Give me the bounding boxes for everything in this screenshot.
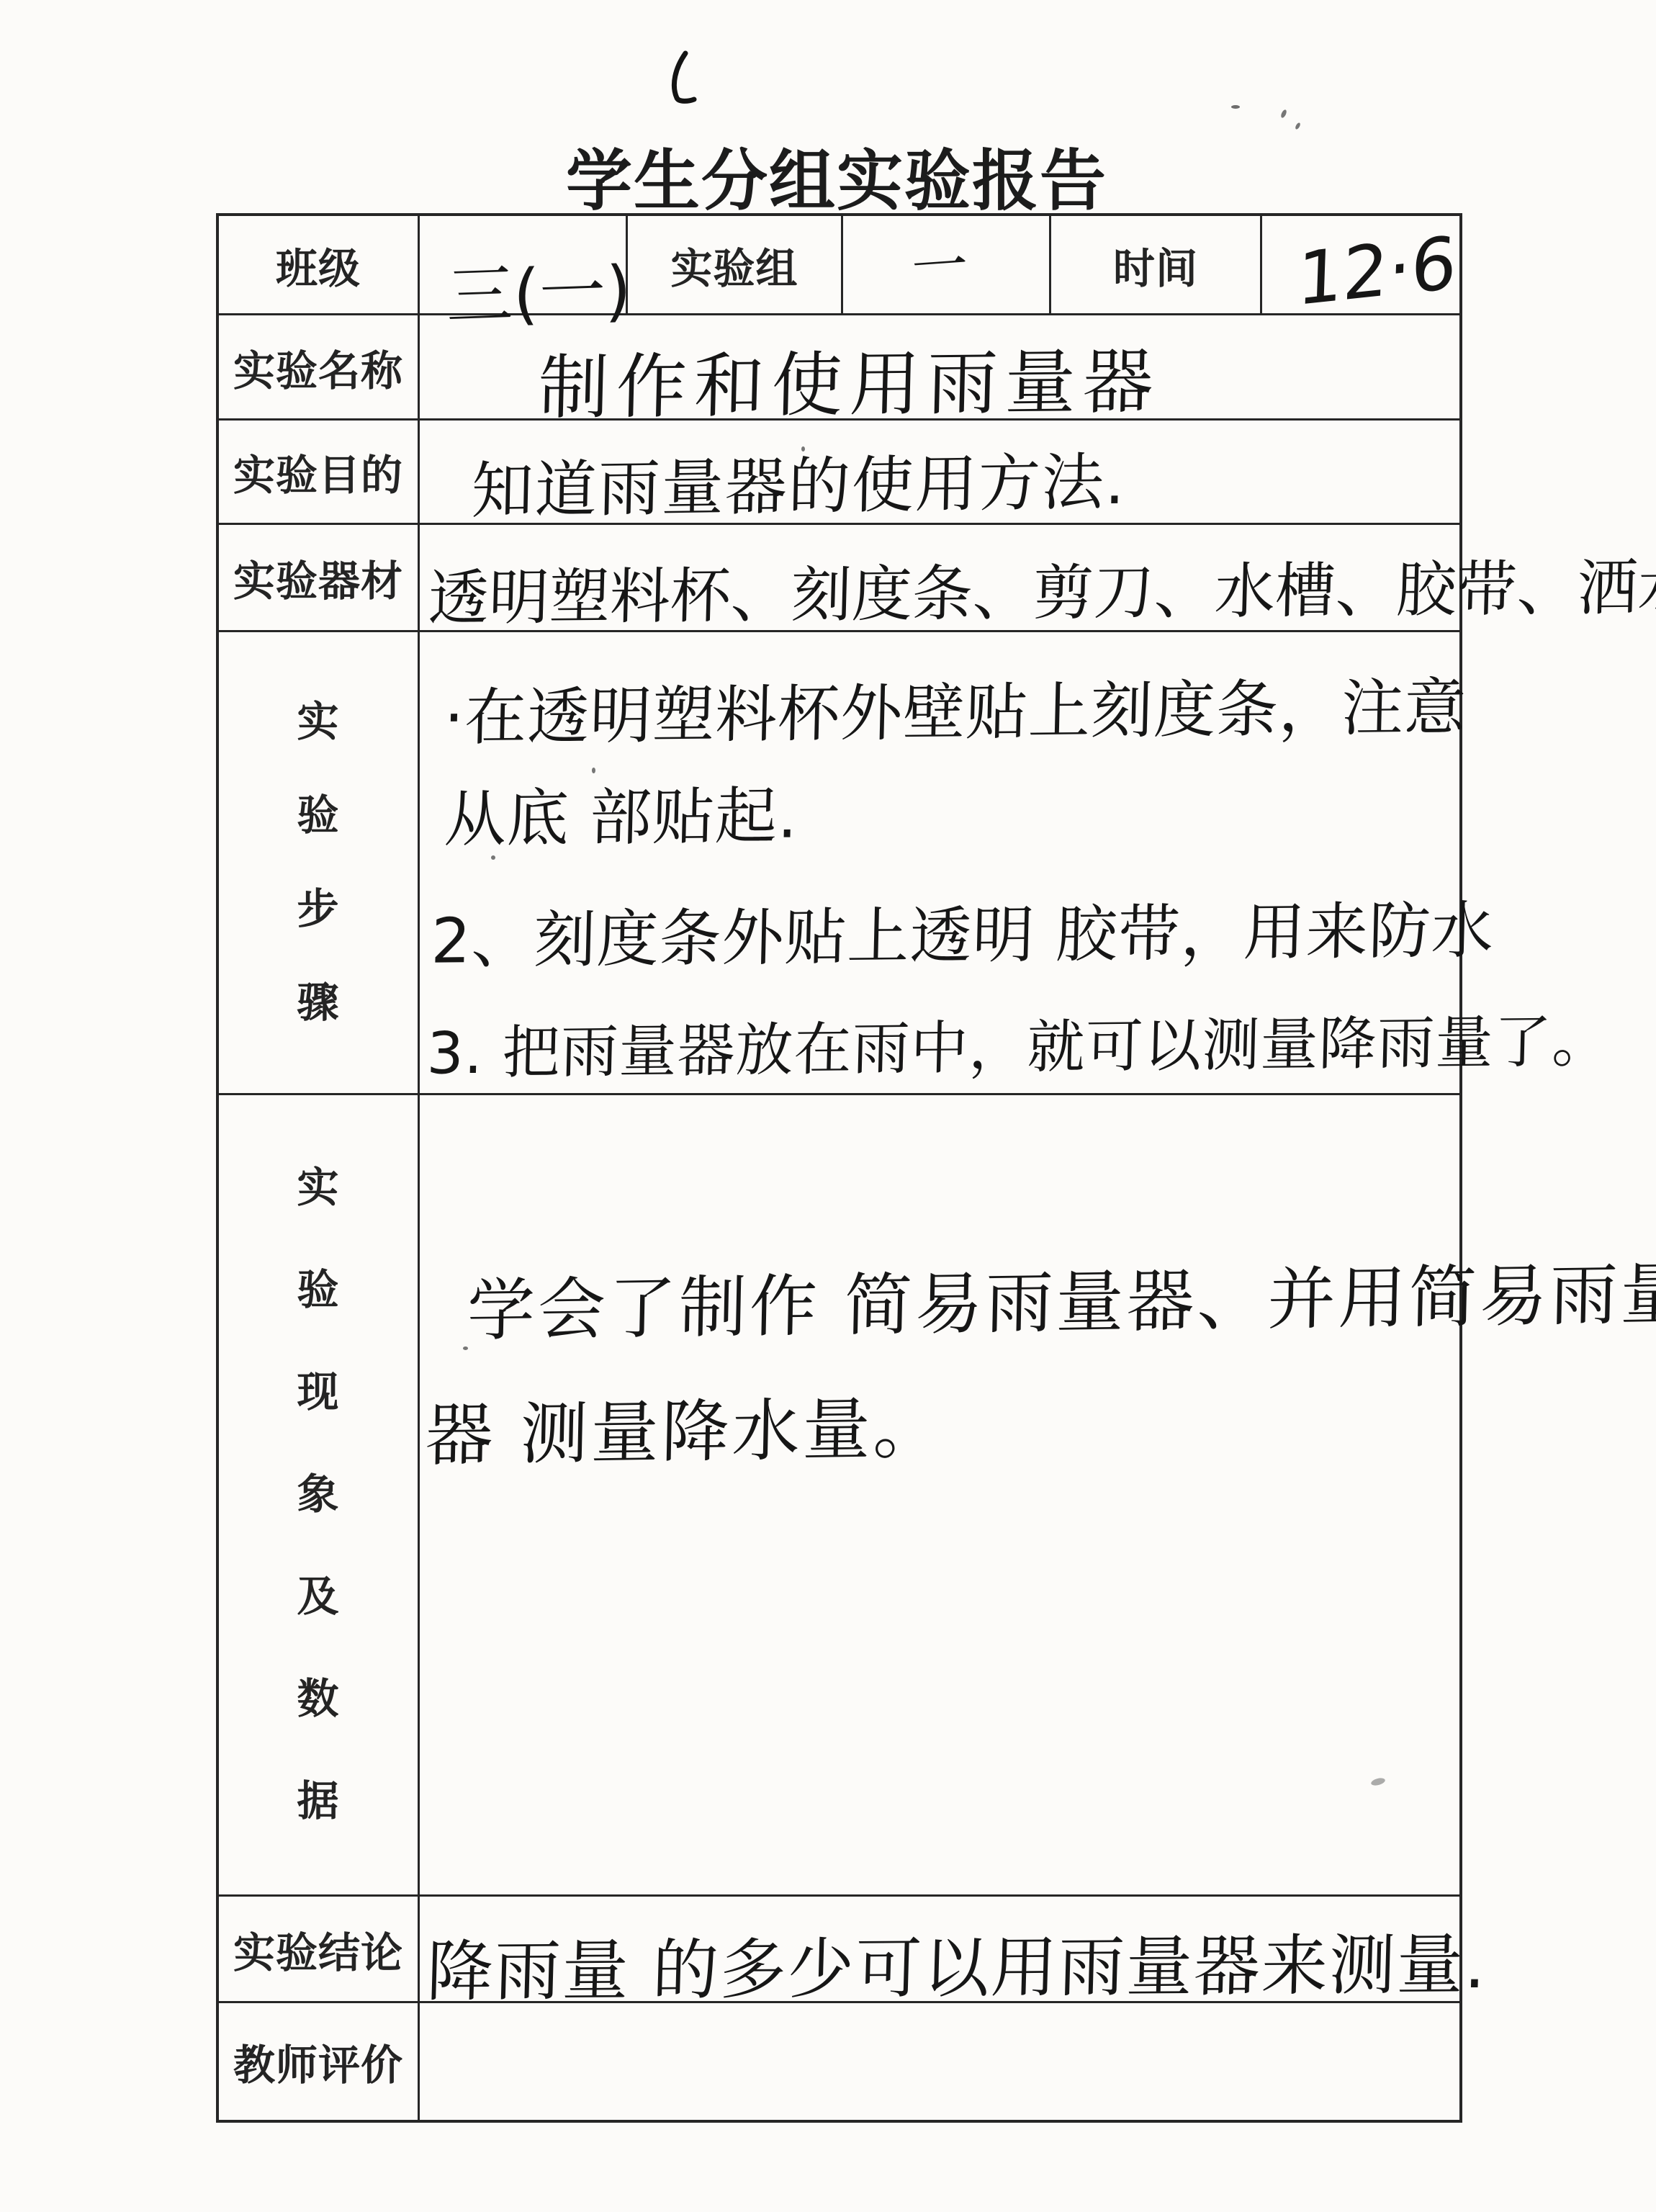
pen-mark: [657, 50, 700, 108]
scanned-report-page: 学生分组实验报告 班级 三(一) 实验组 一 时间 12·6 实验名称 制作和使…: [0, 0, 1656, 2212]
scan-speck: [1231, 105, 1240, 109]
experiment-conclusion-cell: 降雨量 的多少可以用雨量器来测量.: [420, 1897, 1459, 2001]
scan-speck: [1280, 109, 1288, 118]
step-line-2: 从底 部贴起.: [443, 765, 799, 858]
header-row: 班级 三(一) 实验组 一 时间 12·6: [219, 216, 1459, 315]
experiment-name-label: 实验名称: [219, 315, 420, 418]
step-line-4: 3. 把雨量器放在雨中，就可以测量降雨量了。: [426, 994, 1611, 1089]
experiment-observation-label: 实 验 现 象 及 数 据: [219, 1095, 420, 1894]
experiment-purpose-cell: 知道雨量器的使用方法.: [420, 421, 1459, 523]
teacher-evaluation-label: 教师评价: [219, 2003, 420, 2120]
class-label: 班级: [219, 216, 420, 313]
group-value-cell: 一: [843, 216, 1051, 313]
experiment-name-row: 实验名称 制作和使用雨量器: [219, 315, 1459, 421]
page-title: 学生分组实验报告: [9, 128, 1656, 223]
experiment-steps-label: 实 验 步 骤: [219, 632, 420, 1093]
experiment-materials-row: 实验器材 透明塑料杯、刻度条、剪刀、水槽、胶带、洒水壶、水.: [219, 525, 1459, 632]
experiment-steps-cell: ·在透明塑料杯外壁贴上刻度条，注意 从底 部贴起. 2、刻度条外贴上透明 胶带，…: [420, 632, 1459, 1093]
teacher-evaluation-cell: [420, 2003, 1459, 2120]
time-label: 时间: [1051, 216, 1262, 313]
experiment-steps-row: 实 验 步 骤 ·在透明塑料杯外壁贴上刻度条，注意 从底 部贴起. 2、刻度条外…: [219, 632, 1459, 1095]
experiment-conclusion-label: 实验结论: [219, 1897, 420, 2001]
time-value-handwriting: 12·6: [1296, 220, 1459, 322]
class-value-cell: 三(一): [420, 216, 628, 313]
experiment-conclusion-handwriting: 降雨量 的多少可以用雨量器来测量.: [426, 1912, 1488, 2014]
time-value-cell: 12·6: [1262, 216, 1459, 313]
observation-line-1: 学会了制作 简易雨量器、并用简易雨量: [467, 1239, 1656, 1354]
experiment-observation-row: 实 验 现 象 及 数 据 学会了制作 简易雨量器、并用简易雨量 器 测量降水量…: [219, 1095, 1459, 1897]
group-label: 实验组: [628, 216, 843, 313]
experiment-observation-cell: 学会了制作 简易雨量器、并用简易雨量 器 测量降水量。: [420, 1095, 1459, 1894]
experiment-purpose-row: 实验目的 知道雨量器的使用方法.: [219, 421, 1459, 525]
experiment-name-handwriting: 制作和使用雨量器: [537, 325, 1161, 433]
step-line-3: 2、刻度条外贴上透明 胶带，用来防水: [431, 880, 1495, 980]
report-table: 班级 三(一) 实验组 一 时间 12·6 实验名称 制作和使用雨量器 实验目的: [216, 213, 1462, 2123]
group-value-handwriting: 一: [909, 220, 971, 304]
experiment-materials-handwriting: 透明塑料杯、刻度条、剪刀、水槽、胶带、洒水壶、水.: [427, 537, 1656, 637]
experiment-conclusion-row: 实验结论 降雨量 的多少可以用雨量器来测量.: [219, 1897, 1459, 2003]
observation-line-2: 器 测量降水量。: [425, 1374, 945, 1478]
experiment-purpose-label: 实验目的: [219, 421, 420, 523]
experiment-materials-cell: 透明塑料杯、刻度条、剪刀、水槽、胶带、洒水壶、水.: [420, 525, 1459, 630]
experiment-name-cell: 制作和使用雨量器: [420, 315, 1459, 418]
teacher-evaluation-row: 教师评价: [219, 2003, 1459, 2120]
experiment-materials-label: 实验器材: [219, 525, 420, 630]
step-line-1: ·在透明塑料杯外壁贴上刻度条，注意: [444, 657, 1468, 757]
experiment-purpose-handwriting: 知道雨量器的使用方法.: [471, 432, 1128, 531]
